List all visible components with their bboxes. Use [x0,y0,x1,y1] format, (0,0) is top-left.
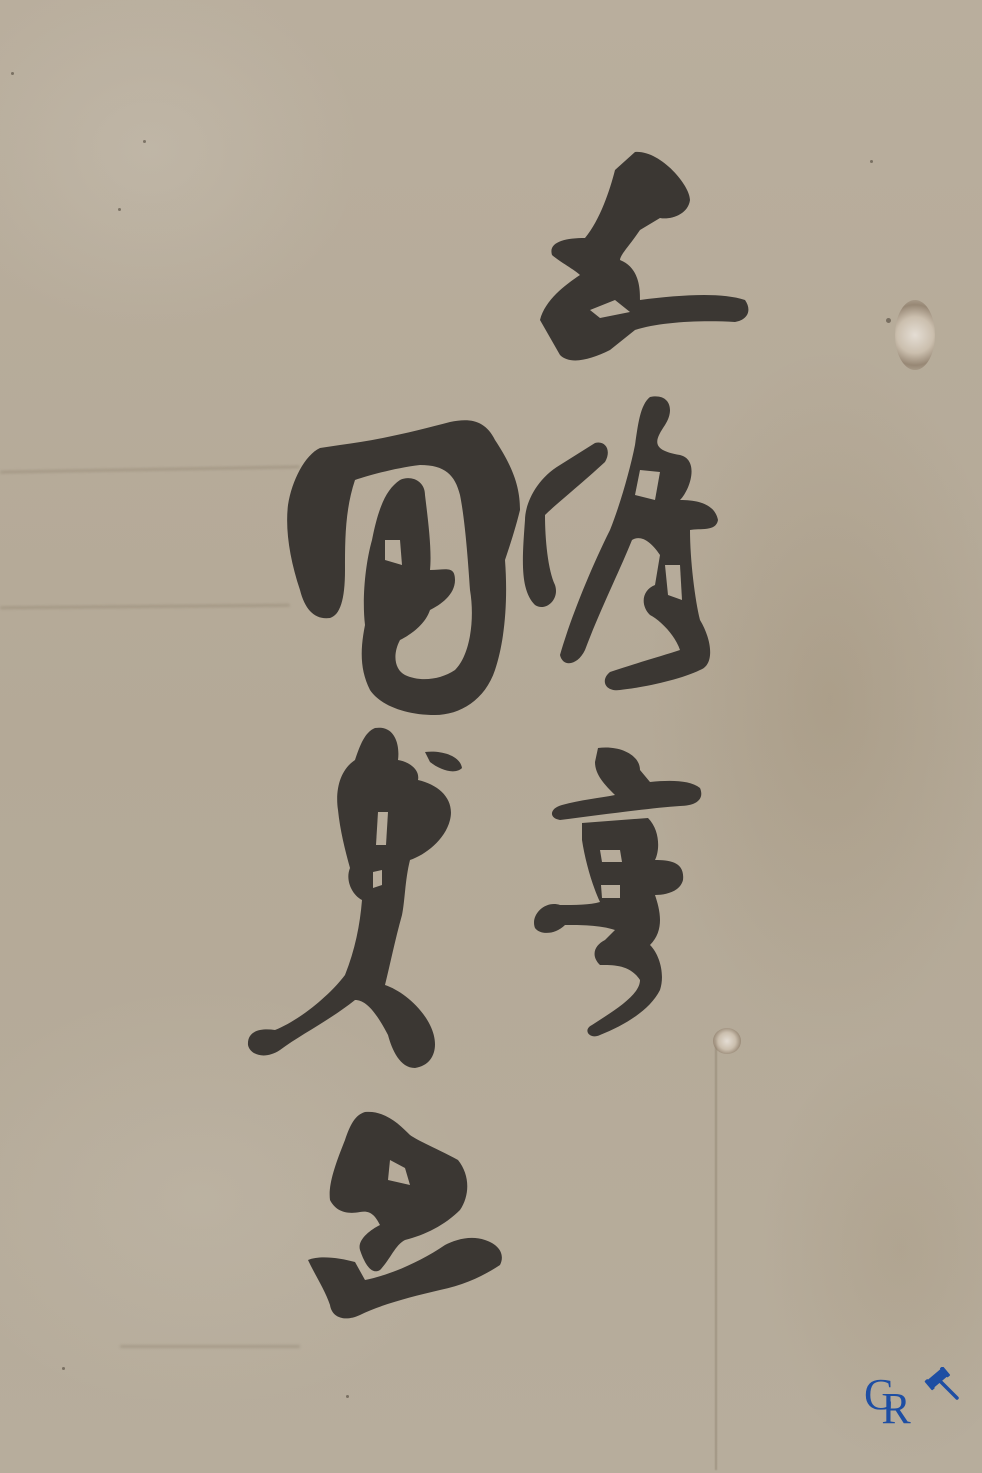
character-go [540,152,748,361]
character-tei [534,747,701,1036]
cr-watermark-logo: CR [864,1367,956,1433]
character-to [523,396,718,690]
character-koku [287,420,520,715]
watermark-text: CR [864,1373,903,1417]
character-tei-sada [248,728,462,1068]
character-ga [308,1112,502,1319]
calligraphy-signature [0,0,982,1473]
watermark-letters: CR [864,1370,901,1433]
gavel-icon [924,1367,960,1403]
